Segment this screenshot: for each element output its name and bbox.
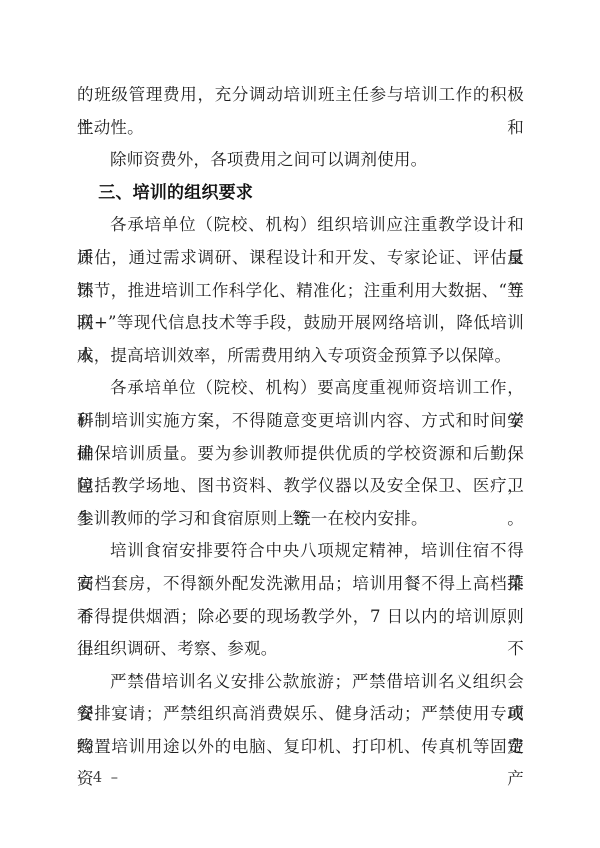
text-line: 严禁借培训名义安排公款旅游；严禁借培训名义组织会餐或 [77, 666, 524, 699]
text-line: 各承培单位（院校、机构）组织培训应注重教学设计和质量 [77, 209, 524, 242]
section-heading: 三、培训的组织要求 [77, 177, 524, 210]
document-body: 的班级管理费用，充分调动培训班主任参与培训工作的积极性和主动性。除师资费外，各项… [77, 79, 524, 763]
text-paragraph: 各承培单位（院校、机构）组织培训应注重教学设计和质量评估，通过需求调研、课程设计… [77, 209, 524, 372]
text-line: 研制培训实施方案，不得随意变更培训内容、方式和时间安排， [77, 405, 524, 438]
text-line: 购置培训用途以外的电脑、复印机、打印机、传真机等固定资产 [77, 731, 524, 764]
text-line: 网+”等现代信息技术等手段，鼓励开展网络培训，降低培训成 [77, 307, 524, 340]
text-line: 安排宴请；严禁组织高消费娱乐、健身活动；严禁使用专项经费 [77, 698, 524, 731]
text-paragraph: 除师资费外，各项费用之间可以调剂使用。 [77, 144, 524, 177]
text-line: 本，提高培训效率，所需费用纳入专项资金预算予以保障。 [77, 340, 524, 373]
text-line: 三、培训的组织要求 [77, 177, 524, 210]
text-line: 环节，推进培训工作科学化、精准化；注重利用大数据、“互联 [77, 275, 524, 308]
text-line: 确保培训质量。要为参训教师提供优质的学校资源和后勤保障， [77, 438, 524, 471]
text-paragraph: 各承培单位（院校、机构）要高度重视师资培训工作，科学研制培训实施方案，不得随意变… [77, 372, 524, 535]
page-number: – 4 – [77, 768, 120, 788]
text-line: 高档套房，不得额外配发洗漱用品；培训用餐不得上高档菜肴， [77, 568, 524, 601]
text-line: 评估，通过需求调研、课程设计和开发、专家论证、评估反馈等 [77, 242, 524, 275]
text-line: 的班级管理费用，充分调动培训班主任参与培训工作的积极性和 [77, 79, 524, 112]
text-line: 包括教学场地、图书资料、教学仪器以及安全保卫、医疗卫生等。 [77, 470, 524, 503]
text-line: 培训食宿安排要符合中央八项规定精神，培训住宿不得安排 [77, 535, 524, 568]
text-line: 各承培单位（院校、机构）要高度重视师资培训工作，科学 [77, 372, 524, 405]
text-line: 除师资费外，各项费用之间可以调剂使用。 [77, 144, 524, 177]
text-paragraph: 严禁借培训名义安排公款旅游；严禁借培训名义组织会餐或安排宴请；严禁组织高消费娱乐… [77, 666, 524, 764]
text-paragraph: 培训食宿安排要符合中央八项规定精神，培训住宿不得安排高档套房，不得额外配发洗漱用… [77, 535, 524, 665]
text-line: 不得提供烟酒；除必要的现场教学外，7 日以内的培训原则上不 [77, 601, 524, 634]
document-page: 的班级管理费用，充分调动培训班主任参与培训工作的积极性和主动性。除师资费外，各项… [0, 0, 600, 848]
text-paragraph: 的班级管理费用，充分调动培训班主任参与培训工作的积极性和主动性。 [77, 79, 524, 144]
